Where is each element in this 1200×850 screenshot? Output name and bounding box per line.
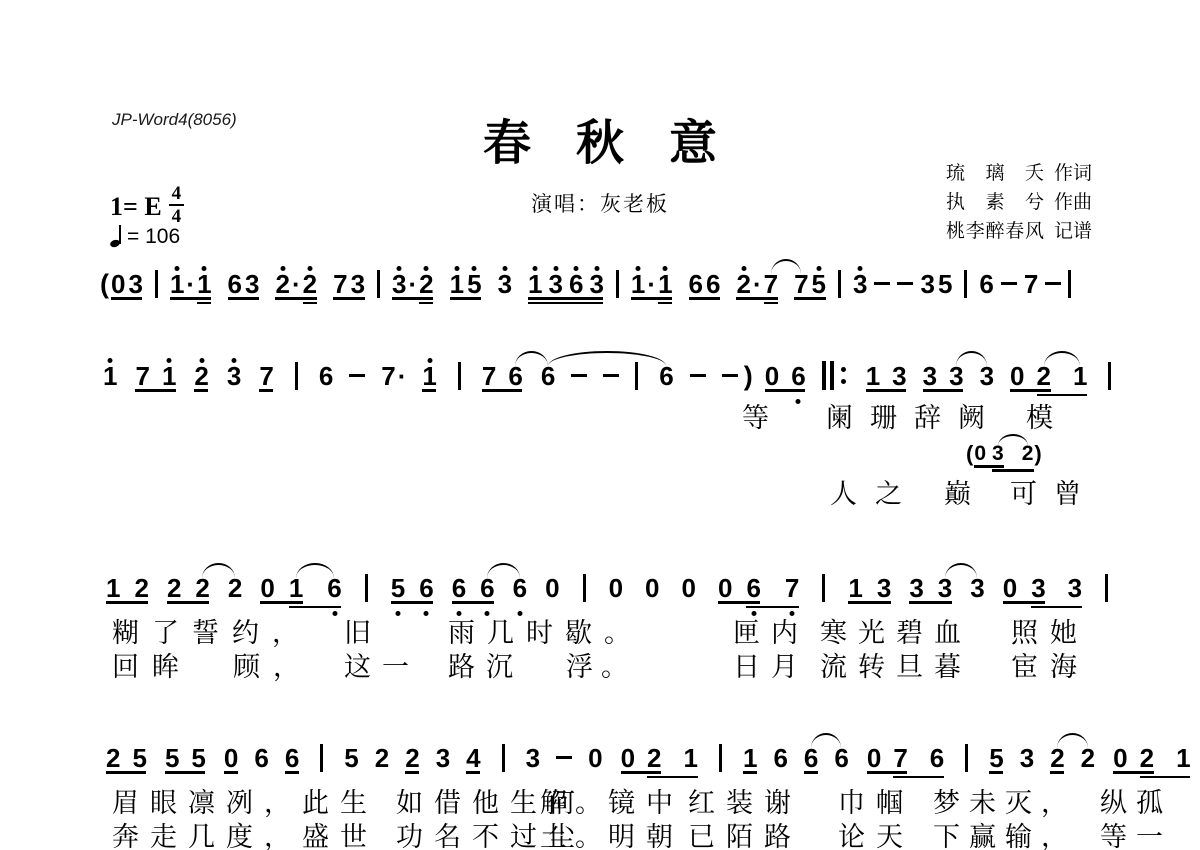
- note-digit: 2: [134, 572, 148, 604]
- lyric-segment: 已陌路: [688, 821, 802, 850]
- beam-line: [391, 601, 433, 604]
- lyric-segment: 照她: [1011, 617, 1089, 649]
- lyric-segment: 浮。: [566, 651, 636, 683]
- note-digit: 0: [1010, 360, 1024, 392]
- note-digit: 2: [275, 268, 289, 300]
- barline: [964, 268, 967, 300]
- lyric-segment: 等: [742, 402, 769, 434]
- lyric-segment: 雨几时歇。: [448, 617, 643, 649]
- lyric-segment: 巅: [944, 478, 971, 510]
- note-digit: 7: [135, 360, 149, 392]
- barline: [719, 742, 722, 774]
- beam-line: [422, 389, 436, 392]
- beam-line: [736, 297, 778, 300]
- beam-line: [848, 601, 891, 604]
- beam-line: [794, 297, 826, 300]
- tie-arc: [956, 351, 987, 366]
- note-digit: 3: [920, 268, 934, 300]
- note-digit: 1: [848, 572, 862, 604]
- note-digit: 7: [333, 268, 347, 300]
- lyric-segment: 论天: [838, 821, 914, 850]
- augmentation-dot: ·: [647, 268, 656, 300]
- note-digit: 0: [974, 441, 986, 467]
- note-digit: 6: [930, 742, 944, 774]
- note-digit: 2: [647, 742, 661, 774]
- tie-arc: [296, 563, 334, 578]
- beam-line: [275, 297, 317, 300]
- duration-dash: [556, 742, 572, 774]
- note-digit: 3: [1020, 742, 1034, 774]
- lyric-segment: 顾，: [233, 651, 313, 683]
- note-digit: 0: [588, 742, 602, 774]
- repeat-sign: [822, 360, 850, 392]
- note-digit: 1: [422, 360, 436, 392]
- tie-arc: [998, 434, 1028, 446]
- music-line-3: 1222201656666000006713333033: [106, 572, 1108, 618]
- lyric-segment: 解。: [540, 787, 610, 819]
- music-line-1: (031·1632·2733·215313631·1662·77533567: [100, 268, 1071, 314]
- tie-arc: [811, 733, 841, 748]
- lyric-segment: 这一: [344, 651, 420, 683]
- barline: [822, 572, 825, 604]
- note-digit: 2: [167, 572, 181, 604]
- note-digit: 3: [526, 742, 540, 774]
- note-digit: 3: [1068, 572, 1082, 604]
- beam-line: [647, 776, 698, 779]
- barline: [1105, 572, 1108, 604]
- beam-line: [450, 297, 481, 300]
- beam-line: [466, 771, 480, 774]
- note-digit: 5: [165, 742, 179, 774]
- note-digit: 3: [923, 360, 937, 392]
- transcriber-role: 记谱: [1054, 221, 1092, 242]
- beam-line: [743, 771, 757, 774]
- lyric-segment: 等一: [1100, 821, 1172, 850]
- transcriber-name: 桃李醉春风: [946, 217, 1044, 246]
- beam-line: [1003, 601, 1045, 604]
- duration-dash: [897, 268, 913, 300]
- credit-composer: 执素兮作曲: [946, 188, 1092, 217]
- note-digit: 0: [682, 572, 696, 604]
- credits-block: 琉璃夭作词 执素兮作曲 桃李醉春风记谱: [946, 159, 1092, 246]
- note-digit: 1: [684, 742, 698, 774]
- note-digit: 5: [191, 742, 205, 774]
- note-digit: 6: [569, 268, 583, 300]
- lyric-segment: 梦未灭，: [933, 787, 1077, 819]
- beam-line: [197, 302, 211, 305]
- note-digit: 6: [285, 742, 299, 774]
- note-digit: 7: [482, 360, 496, 392]
- composer-name: 执素兮: [946, 188, 1044, 217]
- note-digit: 0: [1113, 742, 1127, 774]
- note-digit: 6: [773, 742, 787, 774]
- note-digit: 7: [381, 360, 395, 392]
- note-digit: 7: [893, 742, 907, 774]
- note-digit: 3: [589, 268, 603, 300]
- note-digit: 1: [1176, 742, 1190, 774]
- note-digit: 6: [689, 268, 703, 300]
- note-digit: 2: [736, 268, 750, 300]
- sheet-music-page: JP-Word4(8056) 春秋意 演唱：灰老板 琉璃夭作词 执素兮作曲 桃李…: [0, 0, 1200, 850]
- lyric-segment: 路沉: [448, 651, 524, 683]
- lyric-segment: 阑珊辞阙: [826, 402, 1002, 434]
- augmentation-dot: ·: [409, 268, 418, 300]
- beam-line: [764, 302, 778, 305]
- note-digit: 6: [452, 572, 466, 604]
- barline: [365, 572, 368, 604]
- barline: [458, 360, 461, 392]
- tie-arc: [548, 351, 666, 366]
- beam-line: [224, 771, 238, 774]
- note-digit: 6: [746, 572, 760, 604]
- lyric-segment: 糊了誓约，: [112, 617, 312, 649]
- credit-transcriber: 桃李醉春风记谱: [946, 217, 1092, 246]
- note-digit: 2: [419, 268, 433, 300]
- barline: [1068, 268, 1071, 300]
- lyric-segment: 旧: [344, 617, 371, 649]
- beam-line: [285, 771, 299, 774]
- note-digit: 2: [1140, 742, 1154, 774]
- note-digit: 3: [128, 268, 142, 300]
- credit-lyricist: 琉璃夭作词: [946, 159, 1092, 188]
- lyric-segment: 明朝: [608, 821, 684, 850]
- augmentation-dot: ·: [292, 268, 301, 300]
- lyric-segment: 日月: [733, 651, 809, 683]
- beam-line: [106, 601, 148, 604]
- barline: [320, 742, 323, 774]
- beam-line: [1031, 606, 1082, 609]
- note-digit: 1: [103, 360, 117, 392]
- note-digit: 2: [303, 268, 317, 300]
- barline: [155, 268, 158, 300]
- barline: [838, 268, 841, 300]
- lyric-segment: 镜中: [608, 787, 684, 819]
- barline: [965, 742, 968, 774]
- lyric-segment: 匣内: [733, 617, 809, 649]
- quarter-note-icon: [110, 224, 123, 247]
- note-digit: 3: [436, 742, 450, 774]
- note-digit: 6: [706, 268, 720, 300]
- lyric-segment: 寒光碧血: [820, 617, 972, 649]
- note-digit: 0: [765, 360, 779, 392]
- note-digit: 7: [1024, 268, 1038, 300]
- note-digit: 3: [392, 268, 406, 300]
- tempo-value: = 106: [127, 225, 180, 248]
- duration-dash: [722, 360, 738, 392]
- lyric-segment: 土。: [540, 821, 610, 850]
- beam-line: [111, 297, 142, 300]
- repeat-bar: [822, 361, 827, 390]
- beam-line: [405, 771, 419, 774]
- tie-arc: [487, 563, 520, 578]
- note-digit: 1: [450, 268, 464, 300]
- beam-line: [992, 469, 1034, 472]
- lyric-segment: 纵孤: [1100, 787, 1172, 819]
- lyric-segment: 可曾: [1010, 478, 1098, 510]
- note-digit: 7: [259, 360, 273, 392]
- beam-line: [528, 302, 603, 305]
- note-digit: 7: [785, 572, 799, 604]
- note-digit: 0: [645, 572, 659, 604]
- note-digit: 6: [979, 268, 993, 300]
- tie-arc: [202, 563, 235, 578]
- open-paren: (: [100, 268, 109, 300]
- tie-arc: [771, 259, 801, 274]
- note-digit: 0: [111, 268, 125, 300]
- note-digit: 1: [743, 742, 757, 774]
- barline: [502, 742, 505, 774]
- beam-line: [658, 302, 672, 305]
- beam-line: [289, 606, 341, 609]
- note-digit: 2: [405, 742, 419, 774]
- repeat-dot: [841, 379, 846, 384]
- beam-line: [303, 302, 317, 305]
- note-digit: 3: [498, 268, 512, 300]
- note-digit: 0: [609, 572, 623, 604]
- note-digit: 5: [938, 268, 952, 300]
- note-digit: 0: [545, 572, 559, 604]
- note-digit: 5: [812, 268, 826, 300]
- lyric-segment: 红装谢: [688, 787, 802, 819]
- note-digit: 3: [245, 268, 259, 300]
- duration-dash: [874, 268, 890, 300]
- note-digit: 1: [197, 268, 211, 300]
- beam-line: [867, 771, 907, 774]
- note-digit: 3: [549, 268, 563, 300]
- tempo-marking: = 106: [110, 224, 180, 249]
- note-digit: 0: [621, 742, 635, 774]
- barline: [1108, 360, 1111, 392]
- beam-line: [909, 601, 952, 604]
- beam-line: [718, 601, 760, 604]
- note-digit: 4: [466, 742, 480, 774]
- note-digit: 2: [375, 742, 389, 774]
- time-signature-numerator: 4: [169, 184, 185, 206]
- duration-dash: [349, 360, 365, 392]
- lyric-segment: 模: [1026, 402, 1053, 434]
- beam-line: [923, 389, 963, 392]
- augmentation-dot: ·: [186, 268, 195, 300]
- note-digit: 5: [467, 268, 481, 300]
- beam-line: [260, 601, 303, 604]
- beam-line: [621, 771, 661, 774]
- music-line-4: 2555066522343002116660765322021: [106, 742, 1200, 788]
- beam-line: [482, 389, 522, 392]
- barline: [377, 268, 380, 300]
- beam-line: [228, 297, 259, 300]
- lyric-segment: 回眸: [112, 651, 192, 683]
- beam-line: [259, 389, 273, 392]
- note-digit: 3: [909, 572, 923, 604]
- augmentation-dot: ·: [398, 360, 407, 392]
- note-digit: 0: [1003, 572, 1017, 604]
- barline: [583, 572, 586, 604]
- beam-line: [866, 389, 906, 392]
- lyric-segment: 人之: [830, 478, 920, 510]
- key-signature: 1= E44: [110, 184, 184, 226]
- beam-line: [106, 771, 146, 774]
- note-digit: 0: [260, 572, 274, 604]
- beam-line: [167, 601, 209, 604]
- beam-line: [804, 771, 818, 774]
- time-signature-denominator: 4: [169, 206, 185, 226]
- time-signature: 44: [169, 184, 185, 226]
- note-digit: 6: [319, 360, 333, 392]
- beam-line: [765, 389, 805, 392]
- beam-line: [135, 389, 176, 392]
- duration-dash: [1001, 268, 1017, 300]
- note-digit: 2: [106, 742, 120, 774]
- note-digit: 3: [853, 268, 867, 300]
- note-digit: 0: [224, 742, 238, 774]
- lyricist-role: 作词: [1054, 163, 1092, 184]
- duration-dash: [1045, 268, 1061, 300]
- tie-arc: [945, 563, 977, 578]
- note-digit: 6: [228, 268, 242, 300]
- beam-line: [452, 601, 494, 604]
- note-digit: 1: [528, 268, 542, 300]
- beam-line: [689, 297, 720, 300]
- note-digit: 1: [170, 268, 184, 300]
- barline: [295, 360, 298, 392]
- note-digit: 3: [892, 360, 906, 392]
- beam-line: [989, 771, 1003, 774]
- beam-line: [170, 297, 211, 300]
- note-digit: 3: [877, 572, 891, 604]
- note-digit: 6: [419, 572, 433, 604]
- note-digit: 3: [351, 268, 365, 300]
- duration-dash: [690, 360, 706, 392]
- beam-line: [1037, 394, 1087, 397]
- tie-arc: [1044, 351, 1080, 366]
- note-digit: 6: [791, 360, 805, 392]
- note-digit: 1: [658, 268, 672, 300]
- beam-line: [974, 465, 1004, 468]
- repeat-dot: [841, 367, 846, 372]
- note-digit: 0: [718, 572, 732, 604]
- beam-line: [1113, 771, 1154, 774]
- beam-line: [1010, 389, 1051, 392]
- lyric-segment: 宦海: [1011, 651, 1089, 683]
- note-digit: 1: [631, 268, 645, 300]
- note-digit: 1: [866, 360, 880, 392]
- open-paren: (: [966, 441, 973, 467]
- note-digit: 6: [254, 742, 268, 774]
- augmentation-dot: ·: [753, 268, 762, 300]
- music-line-2: 17123767·17666)0613333021: [103, 360, 1111, 406]
- note-digit: 3: [1031, 572, 1045, 604]
- barline: [616, 268, 619, 300]
- lyric-segment: 流转旦暮: [820, 651, 972, 683]
- beam-line: [1140, 776, 1190, 779]
- note-digit: 5: [989, 742, 1003, 774]
- note-digit: 5: [391, 572, 405, 604]
- beam-line: [194, 389, 208, 392]
- repeat-bar: [830, 361, 835, 390]
- lyricist-name: 琉璃夭: [946, 159, 1044, 188]
- note-digit: 1: [162, 360, 176, 392]
- note-digit: 1: [106, 572, 120, 604]
- tie-arc: [515, 351, 548, 366]
- note-digit: 0: [867, 742, 881, 774]
- beam-line: [392, 297, 433, 300]
- lyric-segment: 下赢输，: [933, 821, 1077, 850]
- composer-role: 作曲: [1054, 192, 1092, 213]
- note-digit: 2: [194, 360, 208, 392]
- close-paren: ): [1034, 441, 1041, 467]
- lyric-segment: 奔走几度，盛世: [112, 821, 378, 850]
- beam-line: [631, 297, 672, 300]
- note-digit: 5: [344, 742, 358, 774]
- lyric-segment: 眉眼凛冽，此生: [112, 787, 378, 819]
- beam-line: [165, 771, 205, 774]
- beam-line: [1050, 771, 1064, 774]
- beam-line: [893, 776, 944, 779]
- beam-line: [419, 302, 433, 305]
- key-text: 1= E: [110, 192, 162, 221]
- note-digit: 3: [227, 360, 241, 392]
- beam-line: [746, 606, 799, 609]
- close-paren: ): [744, 360, 753, 392]
- tie-arc: [1057, 733, 1088, 748]
- note-digit: 5: [132, 742, 146, 774]
- beam-line: [528, 297, 603, 300]
- beam-line: [333, 297, 365, 300]
- lyric-segment: 巾帼: [838, 787, 914, 819]
